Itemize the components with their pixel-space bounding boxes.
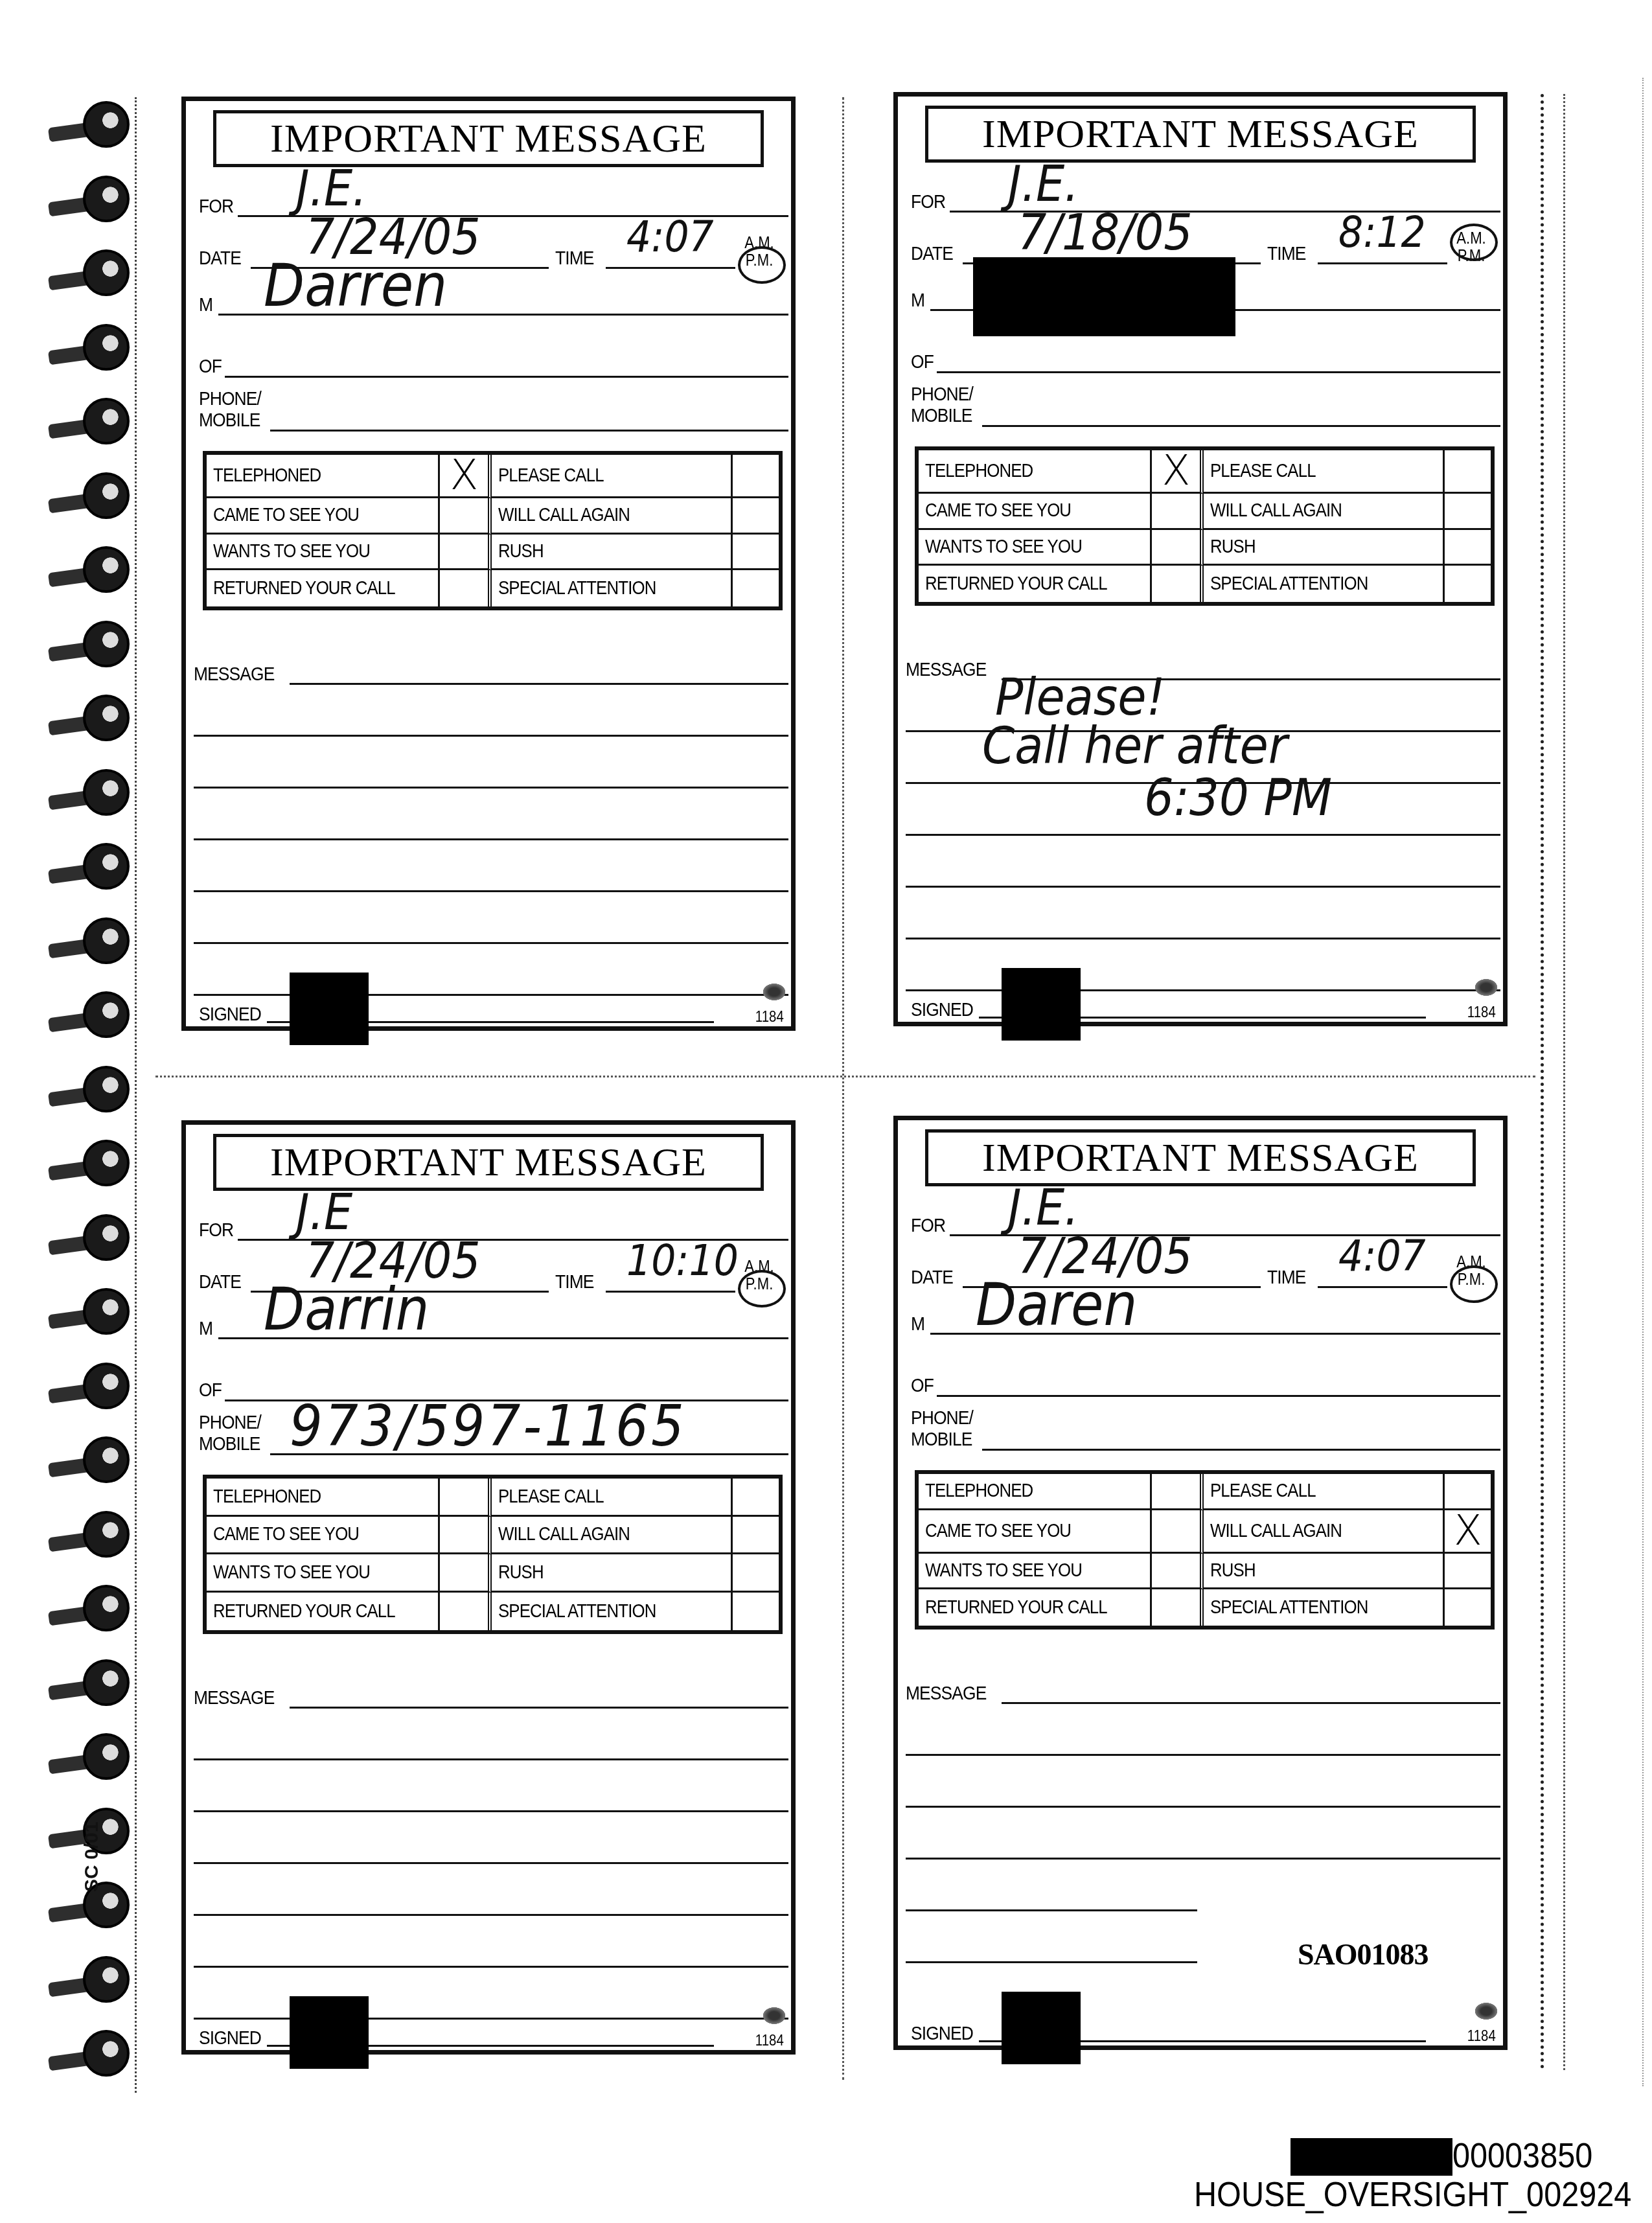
checkbox-returned-your-call[interactable] — [1152, 1589, 1204, 1626]
date-label: DATE — [911, 1268, 953, 1287]
checkbox-label-text: PLEASE CALL — [1210, 1480, 1316, 1502]
spiral-ring — [26, 765, 136, 817]
ring-loop — [83, 769, 130, 816]
checkbox-label: RETURNED YOUR CALL — [207, 1593, 440, 1631]
for-label: FOR — [911, 192, 945, 212]
of-label: OF — [199, 357, 222, 376]
spiral-ring — [26, 1729, 136, 1781]
time-value[interactable]: 8:12 — [1338, 211, 1426, 254]
checkbox-label: SPECIAL ATTENTION — [1204, 566, 1445, 602]
ampm-circle — [1450, 224, 1498, 261]
message-line — [906, 1961, 1197, 1963]
spiral-ring — [26, 1655, 136, 1707]
phone-label: PHONE/ — [199, 1413, 261, 1433]
signed-label: SIGNED — [911, 1000, 973, 1020]
checkbox-label: WILL CALL AGAIN — [1204, 1510, 1445, 1554]
check-mark-x: X — [1162, 450, 1190, 492]
ring-loop — [83, 1585, 130, 1631]
checkbox-label-text: SPECIAL ATTENTION — [1210, 1596, 1368, 1618]
checkbox-wants-to-see-you[interactable] — [1152, 1554, 1204, 1590]
checkbox-will-call-again[interactable]: X — [1445, 1510, 1491, 1554]
checkbox-label-text: CAME TO SEE YOU — [925, 500, 1071, 522]
checkbox-returned-your-call[interactable] — [440, 570, 492, 606]
publisher-logo-icon — [1473, 2001, 1499, 2021]
ring-loop — [83, 1288, 130, 1335]
checkbox-label-text: PLEASE CALL — [1210, 460, 1316, 482]
ring-loop — [83, 1659, 130, 1706]
date-value[interactable]: 7/18/05 — [1018, 208, 1193, 258]
of-label: OF — [911, 352, 934, 372]
checkbox-label-text: WILL CALL AGAIN — [1210, 500, 1342, 522]
ring-loop — [83, 101, 130, 148]
checkbox-label: WANTS TO SEE YOU — [207, 1554, 440, 1593]
checkbox-label: SPECIAL ATTENTION — [1204, 1589, 1445, 1626]
checkbox-table: TELEPHONEDPLEASE CALLCAME TO SEE YOUWILL… — [203, 1475, 783, 1634]
spiral-ring — [26, 691, 136, 743]
from-value[interactable]: Daren — [976, 1276, 1138, 1335]
ampm-circle — [738, 246, 786, 284]
spiral-ring — [26, 542, 136, 594]
spiral-ring — [26, 320, 136, 372]
message-line — [906, 1909, 1197, 1911]
checkbox-label: SPECIAL ATTENTION — [492, 1593, 733, 1631]
message-line — [194, 1862, 788, 1864]
checkbox-rush[interactable] — [1445, 530, 1491, 566]
checkbox-label-text: SPECIAL ATTENTION — [1210, 573, 1368, 595]
spiral-ring — [26, 246, 136, 297]
date-label: DATE — [199, 1273, 241, 1292]
message-label: MESSAGE — [906, 660, 986, 680]
of-line — [225, 376, 788, 378]
ring-loop — [83, 324, 130, 371]
message-line — [194, 735, 788, 737]
ring-loop — [83, 249, 130, 296]
checkbox-will-call-again[interactable] — [733, 498, 779, 535]
checkbox-label-text: PLEASE CALL — [498, 465, 604, 487]
checkbox-label-text: PLEASE CALL — [498, 1486, 604, 1508]
from-label: M — [199, 295, 212, 315]
checkbox-please-call[interactable] — [733, 1479, 779, 1517]
checkbox-will-call-again[interactable] — [1445, 494, 1491, 530]
ring-loop — [83, 1436, 130, 1483]
checkbox-table: TELEPHONEDPLEASE CALLCAME TO SEE YOUWILL… — [915, 1470, 1495, 1630]
spiral-ring — [26, 1284, 136, 1336]
ring-loop — [83, 1733, 130, 1780]
spiral-ring — [26, 1136, 136, 1188]
checkbox-label: WANTS TO SEE YOU — [919, 1554, 1152, 1590]
checkbox-label-text: CAME TO SEE YOU — [213, 1523, 359, 1545]
checkbox-please-call[interactable] — [1445, 450, 1491, 494]
message-line — [906, 1754, 1500, 1756]
ring-loop — [83, 1363, 130, 1409]
checkbox-label-text: RETURNED YOUR CALL — [213, 1600, 395, 1622]
form-title: IMPORTANT MESSAGE — [270, 116, 707, 162]
message-line — [194, 838, 788, 840]
spiral-ring — [26, 2026, 136, 2078]
date-label: DATE — [199, 249, 241, 268]
spiral-ring — [26, 97, 136, 149]
phone-label: PHONE/ — [199, 389, 261, 409]
checkbox-label: WANTS TO SEE YOU — [919, 530, 1152, 566]
message-form-bottom-right: IMPORTANT MESSAGEFORJ.E.DATE7/24/05TIME4… — [893, 1116, 1508, 2050]
check-mark-x: X — [1454, 1510, 1482, 1552]
message-line — [194, 787, 788, 789]
bates-redaction — [1291, 2138, 1452, 2176]
ring-loop — [83, 1214, 130, 1261]
checkbox-label-text: WILL CALL AGAIN — [498, 504, 630, 526]
checkbox-label-text: WANTS TO SEE YOU — [213, 1561, 370, 1584]
ring-loop — [83, 176, 130, 222]
checkbox-label: RETURNED YOUR CALL — [919, 566, 1152, 602]
checkbox-label: WILL CALL AGAIN — [492, 1517, 733, 1555]
message-form-top-right: IMPORTANT MESSAGEFORJ.E.DATE7/18/05TIME8… — [893, 92, 1508, 1026]
checkbox-telephoned[interactable]: X — [1152, 450, 1204, 494]
form-title-box: IMPORTANT MESSAGE — [925, 1129, 1476, 1186]
spiral-ring — [26, 1062, 136, 1114]
checkbox-table: TELEPHONEDXPLEASE CALLCAME TO SEE YOUWIL… — [203, 451, 783, 610]
message-line — [194, 1966, 788, 1968]
spiral-ring — [26, 1359, 136, 1411]
checkbox-label: PLEASE CALL — [492, 1479, 733, 1517]
ring-loop — [83, 398, 130, 444]
checkbox-special-attention[interactable] — [733, 570, 779, 606]
message-line — [194, 994, 788, 996]
message-form-top-left: IMPORTANT MESSAGEFORJ.E.DATE7/24/05TIME4… — [181, 97, 796, 1031]
date-label: DATE — [911, 244, 953, 264]
checkbox-label: PLEASE CALL — [492, 455, 733, 498]
for-label: FOR — [911, 1216, 945, 1236]
house-oversight-id: HOUSE_OVERSIGHT_002924 — [1194, 2174, 1631, 2215]
message-label: MESSAGE — [194, 1688, 274, 1708]
ring-loop — [83, 1140, 130, 1186]
message-line — [290, 1707, 788, 1709]
time-value[interactable]: 4:07 — [1338, 1235, 1426, 1278]
ring-loop — [83, 1066, 130, 1112]
ring-loop — [83, 621, 130, 667]
spiral-ring — [26, 1581, 136, 1633]
checkbox-label: RUSH — [1204, 1554, 1445, 1590]
checkbox-label-text: SPECIAL ATTENTION — [498, 1600, 656, 1622]
form-title-box: IMPORTANT MESSAGE — [213, 110, 764, 167]
spiral-ring — [26, 987, 136, 1039]
spiral-ring — [26, 394, 136, 446]
checkbox-rush[interactable] — [733, 535, 779, 571]
checkbox-label-text: RETURNED YOUR CALL — [925, 1596, 1107, 1618]
checkbox-label: TELEPHONED — [207, 1479, 440, 1517]
signed-label: SIGNED — [199, 1005, 261, 1024]
publisher-logo-icon — [761, 2006, 787, 2025]
bates-number: 00003850 — [1452, 2136, 1592, 2176]
phone-value[interactable]: 973/597-1165 — [290, 1398, 687, 1455]
message-line — [194, 890, 788, 892]
form-title-box: IMPORTANT MESSAGE — [213, 1134, 764, 1191]
form-title: IMPORTANT MESSAGE — [270, 1140, 707, 1186]
signed-redaction — [1002, 1992, 1081, 2064]
checkbox-label: RETURNED YOUR CALL — [207, 570, 440, 606]
checkbox-table: TELEPHONEDXPLEASE CALLCAME TO SEE YOUWIL… — [915, 446, 1495, 606]
checkbox-wants-to-see-you[interactable] — [440, 1554, 492, 1593]
for-value[interactable]: J.E. — [296, 164, 367, 214]
checkbox-label: RUSH — [492, 535, 733, 571]
message-text-line[interactable]: Please! — [995, 671, 1165, 722]
checkbox-special-attention[interactable] — [733, 1593, 779, 1631]
checkbox-returned-your-call[interactable] — [1152, 566, 1204, 602]
checkbox-label: SPECIAL ATTENTION — [492, 570, 733, 606]
signed-label: SIGNED — [911, 2024, 973, 2044]
checkbox-label-text: WANTS TO SEE YOU — [213, 540, 370, 562]
message-line — [194, 942, 788, 944]
checkbox-came-to-see-you[interactable] — [440, 498, 492, 535]
checkbox-rush[interactable] — [1445, 1554, 1491, 1590]
mobile-label: MOBILE — [911, 406, 972, 426]
checkbox-label: RUSH — [492, 1554, 733, 1593]
checkbox-special-attention[interactable] — [1445, 566, 1491, 602]
checkbox-label-text: CAME TO SEE YOU — [213, 504, 359, 526]
mobile-label: MOBILE — [199, 1434, 260, 1454]
signed-redaction — [290, 1996, 369, 2069]
signed-redaction — [290, 973, 369, 1045]
mobile-label: MOBILE — [199, 411, 260, 430]
from-value[interactable]: Darren — [264, 257, 447, 316]
phone-label: PHONE/ — [911, 385, 973, 404]
checkbox-label-text: RETURNED YOUR CALL — [213, 577, 395, 599]
form-number: 1184 — [755, 1008, 784, 1026]
form-title-box: IMPORTANT MESSAGE — [925, 106, 1476, 163]
checkbox-label: RETURNED YOUR CALL — [919, 1589, 1152, 1626]
form-title: IMPORTANT MESSAGE — [982, 1135, 1419, 1181]
ring-loop — [83, 1956, 130, 2003]
checkbox-wants-to-see-you[interactable] — [440, 535, 492, 571]
checkbox-label-text: TELEPHONED — [925, 460, 1033, 482]
phone-line — [270, 430, 788, 432]
spiral-ring — [26, 468, 136, 520]
ring-loop — [83, 991, 130, 1038]
checkbox-label: TELEPHONED — [207, 455, 440, 498]
right-page-edge — [1642, 78, 1644, 2086]
checkbox-label-text: WANTS TO SEE YOU — [925, 1560, 1082, 1582]
time-value[interactable]: 4:07 — [626, 216, 714, 259]
checkbox-please-call[interactable] — [1445, 1474, 1491, 1510]
checkbox-label-text: WANTS TO SEE YOU — [925, 536, 1082, 558]
message-line — [194, 2018, 788, 2020]
message-label: MESSAGE — [906, 1684, 986, 1703]
right-edge-binding — [1541, 94, 1565, 2070]
date-name-redaction — [973, 257, 1235, 336]
message-line — [906, 938, 1500, 939]
signed-label: SIGNED — [199, 2029, 261, 2048]
of-line — [937, 1395, 1500, 1397]
time-label: TIME — [555, 249, 594, 268]
phone-label: PHONE/ — [911, 1409, 973, 1428]
message-text-line[interactable]: Call her after — [982, 719, 1287, 770]
time-line — [1318, 262, 1447, 264]
spine-text: SC 0/01 — [81, 1822, 103, 1892]
form-number: 1184 — [755, 2032, 784, 2050]
publisher-logo-icon — [1473, 978, 1499, 997]
checkbox-label: PLEASE CALL — [1204, 1474, 1445, 1510]
from-value[interactable]: Darrin — [264, 1281, 430, 1339]
checkbox-label-text: RETURNED YOUR CALL — [925, 573, 1107, 595]
form-number: 1184 — [1467, 2027, 1496, 2045]
time-line — [606, 267, 735, 269]
checkbox-label-text: RUSH — [498, 540, 544, 562]
message-line — [194, 1758, 788, 1760]
form-title: IMPORTANT MESSAGE — [982, 111, 1419, 157]
spiral-ring — [26, 1210, 136, 1262]
time-label: TIME — [555, 1273, 594, 1292]
for-value[interactable]: J.E. — [1008, 159, 1079, 209]
checkbox-label-text: RUSH — [1210, 1560, 1256, 1582]
of-label: OF — [911, 1376, 934, 1396]
cut-line-vertical — [842, 97, 844, 2080]
time-value[interactable]: 10:10 — [626, 1239, 739, 1282]
of-label: OF — [199, 1381, 222, 1400]
checkbox-label: CAME TO SEE YOU — [919, 1510, 1152, 1554]
checkbox-label-text: TELEPHONED — [213, 465, 321, 487]
time-line — [1318, 1286, 1447, 1288]
checkbox-came-to-see-you[interactable] — [1152, 1510, 1204, 1554]
sao-stamp: SAO01083 — [1298, 1937, 1428, 1972]
mobile-label: MOBILE — [911, 1430, 972, 1449]
time-label: TIME — [1267, 244, 1306, 264]
spiral-ring — [26, 617, 136, 669]
cut-line-horizontal — [155, 1076, 1535, 1077]
checkbox-came-to-see-you[interactable] — [440, 1517, 492, 1555]
for-label: FOR — [199, 197, 233, 216]
message-line — [1002, 1702, 1500, 1704]
spiral-ring — [26, 1433, 136, 1484]
checkbox-label-text: SPECIAL ATTENTION — [498, 577, 656, 599]
message-line — [906, 989, 1500, 991]
from-label: M — [911, 291, 924, 310]
spiral-ring — [26, 914, 136, 965]
checkbox-label: TELEPHONED — [919, 450, 1152, 494]
checkbox-telephoned[interactable]: X — [440, 455, 492, 498]
checkbox-label: TELEPHONED — [919, 1474, 1152, 1510]
ampm-circle — [1450, 1265, 1498, 1303]
spiral-ring — [26, 1952, 136, 2004]
checkbox-label-text: TELEPHONED — [925, 1480, 1033, 1502]
publisher-logo-icon — [761, 982, 787, 1002]
checkbox-label-text: TELEPHONED — [213, 1486, 321, 1508]
spiral-ring — [26, 1507, 136, 1559]
checkbox-came-to-see-you[interactable] — [1152, 494, 1204, 530]
checkbox-wants-to-see-you[interactable] — [1152, 530, 1204, 566]
ring-loop — [83, 2030, 130, 2077]
check-mark-x: X — [450, 455, 478, 496]
ampm-circle — [738, 1270, 786, 1307]
checkbox-please-call[interactable] — [733, 455, 779, 498]
time-label: TIME — [1267, 1268, 1306, 1287]
checkbox-telephoned[interactable] — [1152, 1474, 1204, 1510]
phone-line — [982, 1449, 1500, 1451]
checkbox-label: CAME TO SEE YOU — [919, 494, 1152, 530]
for-value[interactable]: J.E. — [1008, 1183, 1079, 1233]
for-label: FOR — [199, 1221, 233, 1240]
message-line — [906, 886, 1500, 888]
ring-loop — [83, 917, 130, 964]
checkbox-label: WILL CALL AGAIN — [492, 498, 733, 535]
message-form-bottom-left: IMPORTANT MESSAGEFORJ.EDATE7/24/05TIME10… — [181, 1120, 796, 2055]
checkbox-label: RUSH — [1204, 530, 1445, 566]
checkbox-label-text: RUSH — [1210, 536, 1256, 558]
ring-loop — [83, 472, 130, 519]
message-label: MESSAGE — [194, 665, 274, 684]
message-line — [194, 1810, 788, 1812]
message-line — [290, 683, 788, 685]
message-text-line[interactable]: 6:30 PM — [1144, 771, 1332, 822]
message-line — [906, 1858, 1500, 1860]
ring-loop — [83, 1511, 130, 1558]
form-number: 1184 — [1467, 1004, 1496, 1022]
checkbox-label: CAME TO SEE YOU — [207, 498, 440, 535]
checkbox-label-text: RUSH — [498, 1561, 544, 1584]
checkbox-label: PLEASE CALL — [1204, 450, 1445, 494]
ring-loop — [83, 843, 130, 890]
checkbox-special-attention[interactable] — [1445, 1589, 1491, 1626]
checkbox-label: WILL CALL AGAIN — [1204, 494, 1445, 530]
ring-loop — [83, 546, 130, 593]
checkbox-will-call-again[interactable] — [733, 1517, 779, 1555]
phone-line — [982, 425, 1500, 427]
checkbox-label-text: CAME TO SEE YOU — [925, 1520, 1071, 1542]
perforation-line — [135, 97, 137, 2093]
checkbox-telephoned[interactable] — [440, 1479, 492, 1517]
of-line — [937, 371, 1500, 373]
checkbox-returned-your-call[interactable] — [440, 1593, 492, 1631]
checkbox-label-text: WILL CALL AGAIN — [1210, 1520, 1342, 1542]
from-label: M — [199, 1319, 212, 1339]
checkbox-label: CAME TO SEE YOU — [207, 1517, 440, 1555]
from-label: M — [911, 1315, 924, 1334]
signed-redaction — [1002, 968, 1081, 1041]
spiral-ring — [26, 839, 136, 891]
ring-loop — [83, 695, 130, 741]
message-line — [194, 1914, 788, 1916]
spiral-ring — [26, 172, 136, 224]
message-line — [906, 1806, 1500, 1808]
checkbox-rush[interactable] — [733, 1554, 779, 1593]
for-value[interactable]: J.E — [296, 1188, 352, 1238]
checkbox-label: WANTS TO SEE YOU — [207, 535, 440, 571]
checkbox-label-text: WILL CALL AGAIN — [498, 1523, 630, 1545]
time-line — [606, 1291, 735, 1293]
message-line — [906, 834, 1500, 836]
